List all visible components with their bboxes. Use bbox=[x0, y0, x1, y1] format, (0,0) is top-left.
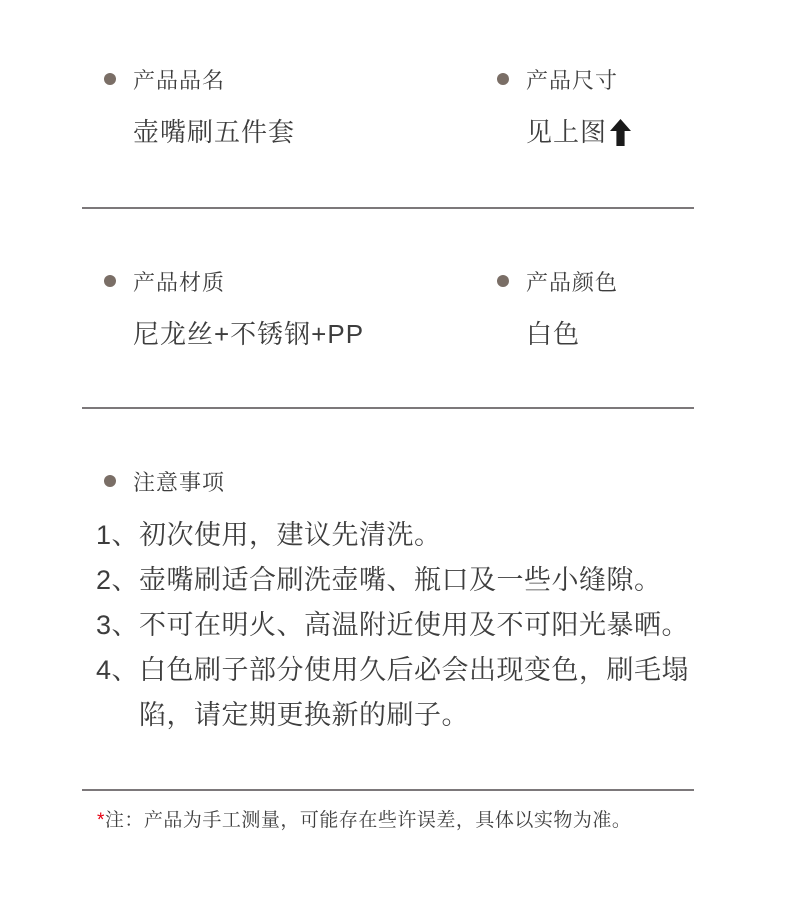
spec-value: 尼龙丝+不锈钢+PP bbox=[133, 317, 364, 351]
spec-product-color: 产品颜色 白色 bbox=[497, 266, 618, 351]
note-item: 4、白色刷子部分使用久后必会出现变色，刷毛塌陷，请定期更换新的刷子。 bbox=[96, 648, 696, 738]
spec-header: 产品尺寸 bbox=[497, 64, 631, 94]
spec-label: 产品品名 bbox=[133, 64, 225, 95]
notes-section-label: 注意事项 bbox=[133, 466, 225, 497]
spec-product-name: 产品品名 壶嘴刷五件套 bbox=[104, 64, 295, 149]
footnote-asterisk: * bbox=[97, 810, 105, 831]
up-arrow-icon bbox=[610, 119, 631, 146]
spec-header: 注意事项 bbox=[104, 466, 225, 496]
bullet-dot-icon bbox=[497, 73, 509, 85]
spec-value: 壶嘴刷五件套 bbox=[133, 115, 295, 149]
spec-value: 白色 bbox=[526, 317, 618, 351]
divider bbox=[82, 789, 694, 791]
note-item: 2、壶嘴刷适合刷洗壶嘴、瓶口及一些小缝隙。 bbox=[96, 558, 696, 603]
divider bbox=[82, 207, 694, 209]
bullet-dot-icon bbox=[104, 475, 116, 487]
notes-list: 1、初次使用，建议先清洗。 2、壶嘴刷适合刷洗壶嘴、瓶口及一些小缝隙。 3、不可… bbox=[96, 513, 696, 738]
spec-label: 产品材质 bbox=[133, 266, 225, 297]
footnote-text: 注：产品为手工测量，可能存在些许误差，具体以实物为准。 bbox=[105, 810, 632, 831]
spec-header: 产品颜色 bbox=[497, 266, 618, 296]
bullet-dot-icon bbox=[497, 275, 509, 287]
spec-header: 产品材质 bbox=[104, 266, 364, 296]
spec-value-text: 见上图 bbox=[526, 115, 607, 149]
bullet-dot-icon bbox=[104, 275, 116, 287]
spec-product-size: 产品尺寸 见上图 bbox=[497, 64, 631, 149]
footnote: *注：产品为手工测量，可能存在些许误差，具体以实物为准。 bbox=[97, 808, 631, 834]
note-item: 1、初次使用，建议先清洗。 bbox=[96, 513, 696, 558]
bullet-dot-icon bbox=[104, 73, 116, 85]
spec-header: 产品品名 bbox=[104, 64, 295, 94]
notes-section-header: 注意事项 bbox=[104, 466, 225, 496]
spec-value: 见上图 bbox=[526, 115, 631, 149]
spec-label: 产品尺寸 bbox=[526, 64, 618, 95]
divider bbox=[82, 407, 694, 409]
product-info-sheet: 产品品名 壶嘴刷五件套 产品尺寸 见上图 产品材质 尼龙丝+不锈钢+PP bbox=[0, 0, 790, 916]
note-item: 3、不可在明火、高温附近使用及不可阳光暴晒。 bbox=[96, 603, 696, 648]
spec-label: 产品颜色 bbox=[526, 266, 618, 297]
spec-product-material: 产品材质 尼龙丝+不锈钢+PP bbox=[104, 266, 364, 351]
